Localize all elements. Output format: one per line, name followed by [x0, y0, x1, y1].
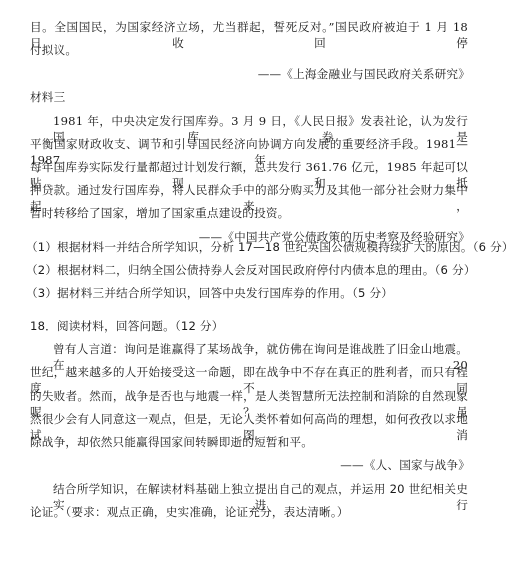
question-18-heading: 18．阅读材料，回答问题。（12 分） [30, 318, 224, 334]
material2-source: ——《上海金融业与国民政府关系研究》 [258, 66, 470, 82]
question-18-text-line: 除战争，却依然只能赢得国家间转瞬即逝的短暂和平。 [30, 434, 313, 450]
question-17-3: （3）据材料三并结合所学知识，回答中央发行国库券的作用。（5 分） [26, 285, 393, 301]
question-17-1: （1）根据材料一并结合所学知识，分析 17—18 世纪英国公债规模持续扩大的原因… [26, 239, 507, 255]
material3-text-line: 暂时转移给了国家，增加了国家重点建设的投资。 [30, 205, 289, 221]
question-17-2: （2）根据材料二，归纳全国公债持券人会反对国民政府停付内债本息的理由。（6 分） [26, 262, 476, 278]
question-18-source: ——《人、国家与战争》 [340, 457, 470, 473]
material3-heading: 材料三 [30, 89, 65, 105]
material2-text-line: 目。全国国民，为国家经济立场，尤当群起，誓死反对。”国民政府被迫于 1 月 18… [30, 19, 468, 51]
question-18-task-line: 论证。（要求：观点正确，史实准确，论证充分，表达清晰。） [30, 504, 349, 520]
material2-text-line: 付拟议。 [30, 42, 77, 58]
